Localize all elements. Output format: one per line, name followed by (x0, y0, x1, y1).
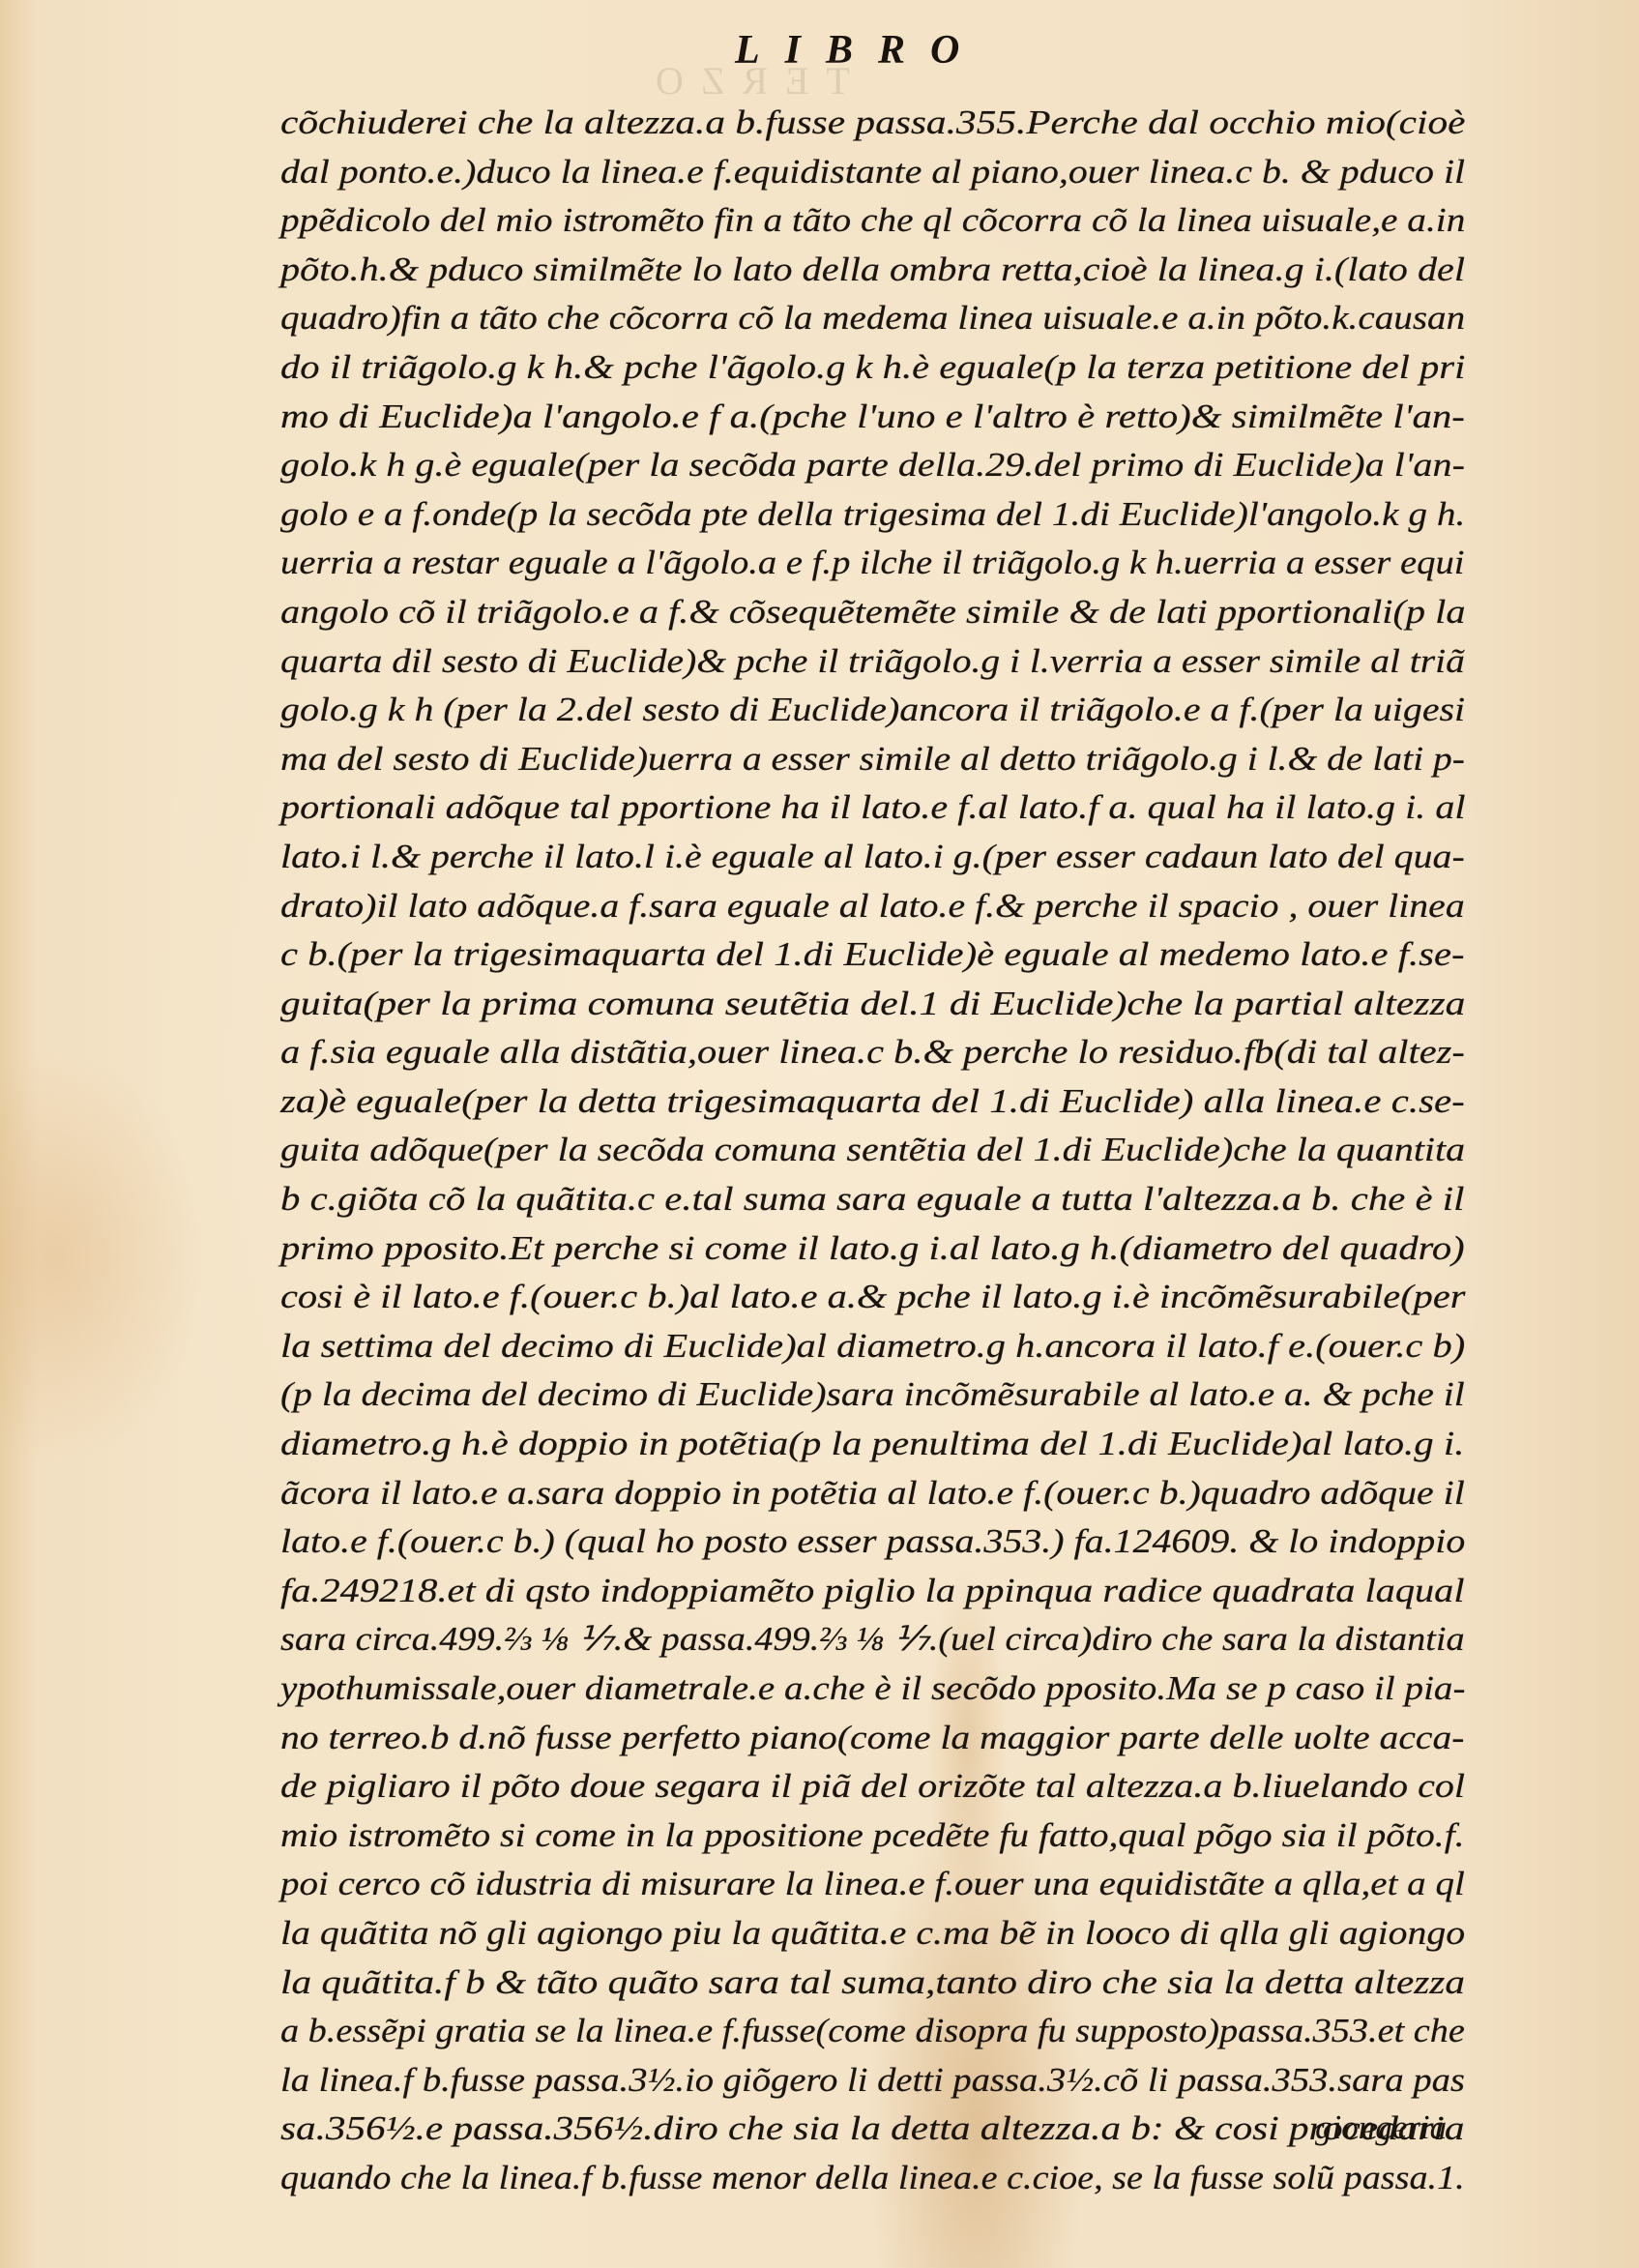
text-line: sa.356½.e passa.356½.diro che sia la det… (280, 2105, 1465, 2154)
text-line: la linea.f b.fusse passa.3½.io giõgero l… (280, 2056, 1465, 2106)
text-line: la quãtita nõ gli agiongo piu la quãtita… (280, 1909, 1465, 1959)
text-line: la settima del decimo di Euclide)al diam… (280, 1322, 1465, 1371)
text-line: c b.(per la trigesimaquarta del 1.di Euc… (280, 930, 1465, 980)
text-line: golo.g k h (per la 2.del sesto di Euclid… (280, 686, 1465, 735)
text-line: no terreo.b d.nõ fusse perfetto piano(co… (280, 1714, 1465, 1763)
text-line: la quãtita.f b & tãto quãto sara tal sum… (280, 1959, 1465, 2008)
text-line: sara circa.499.⅔ ⅛ ⅐.& passa.499.⅔ ⅛ ⅐.(… (280, 1615, 1465, 1664)
text-line: portionali adõque tal pportione ha il la… (280, 783, 1465, 833)
text-line: a f.sia eguale alla distãtia,ouer linea.… (280, 1028, 1465, 1077)
text-line: (p la decima del decimo di Euclide)sara … (280, 1370, 1465, 1420)
text-line: angolo cõ il triãgolo.e a f.& cõsequẽtem… (280, 588, 1465, 637)
text-line: guita adõque(per la secõda comuna sentẽt… (280, 1126, 1465, 1175)
text-line: cosi è il lato.e f.(ouer.c b.)al lato.e … (280, 1273, 1465, 1322)
text-line: poi cerco cõ idustria di misurare la lin… (280, 1860, 1465, 1909)
text-line: quadro)fin a tãto che cõcorra cõ la mede… (280, 294, 1465, 343)
text-line: golo e a f.onde(p la secõda pte della tr… (280, 490, 1465, 540)
text-line: quarta dil sesto di Euclide)& pche il tr… (280, 637, 1465, 687)
text-line: quando che la linea.f b.fusse menor dell… (280, 2154, 1465, 2203)
book-page: TERZO LIBRO cõchiuderei che la altezza.a… (0, 0, 1639, 2268)
text-line: drato)il lato adõque.a f.sara eguale al … (280, 882, 1465, 931)
text-line: de pigliaro il põto doue segara il piã d… (280, 1762, 1465, 1811)
text-line: mo di Euclide)a l'angolo.e f a.(pche l'u… (280, 393, 1465, 442)
text-line: do il triãgolo.g k h.& pche l'ãgolo.g k … (280, 343, 1465, 393)
text-line: ppẽdicolo del mio istromẽto fin a tãto c… (280, 196, 1465, 246)
text-line: põto.h.& pduco similmẽte lo lato della o… (280, 246, 1465, 295)
text-line: dal ponto.e.)duco la linea.e f.equidista… (280, 148, 1465, 197)
text-line: uerria a restar eguale a l'ãgolo.a e f.p… (280, 539, 1465, 588)
text-line: b c.giõta cõ la quãtita.c e.tal suma sar… (280, 1175, 1465, 1224)
text-line: diametro.g h.è doppio in potẽtia(p la pe… (280, 1420, 1465, 1469)
body-text: cõchiuderei che la altezza.a b.fusse pas… (280, 99, 1465, 2203)
text-line: primo pposito.Et perche si come il lato.… (280, 1224, 1465, 1274)
text-line: ãcora il lato.e a.sara doppio in potẽtia… (280, 1469, 1465, 1518)
text-line: ypothumissale,ouer diametrale.e a.che è … (280, 1664, 1465, 1714)
catchword: giongeria (1315, 2108, 1447, 2147)
running-head: LIBRO (735, 27, 928, 74)
text-line: cõchiuderei che la altezza.a b.fusse pas… (280, 99, 1465, 148)
text-line: golo.k h g.è eguale(per la secõda parte … (280, 441, 1465, 490)
text-line: lato.i l.& perche il lato.l i.è eguale a… (280, 833, 1465, 882)
text-line: za)è eguale(per la detta trigesimaquarta… (280, 1077, 1465, 1127)
text-line: fa.249218.et di qsto indoppiamẽto piglio… (280, 1567, 1465, 1616)
text-line: guita(per la prima comuna seutẽtia del.1… (280, 980, 1465, 1029)
text-line: ma del sesto di Euclide)uerra a esser si… (280, 735, 1465, 784)
text-line: lato.e f.(ouer.c b.) (qual ho posto esse… (280, 1517, 1465, 1567)
text-line: mio istromẽto si come in la ppositione p… (280, 1811, 1465, 1861)
text-line: a b.essẽpi gratia se la linea.e f.fusse(… (280, 2007, 1465, 2056)
